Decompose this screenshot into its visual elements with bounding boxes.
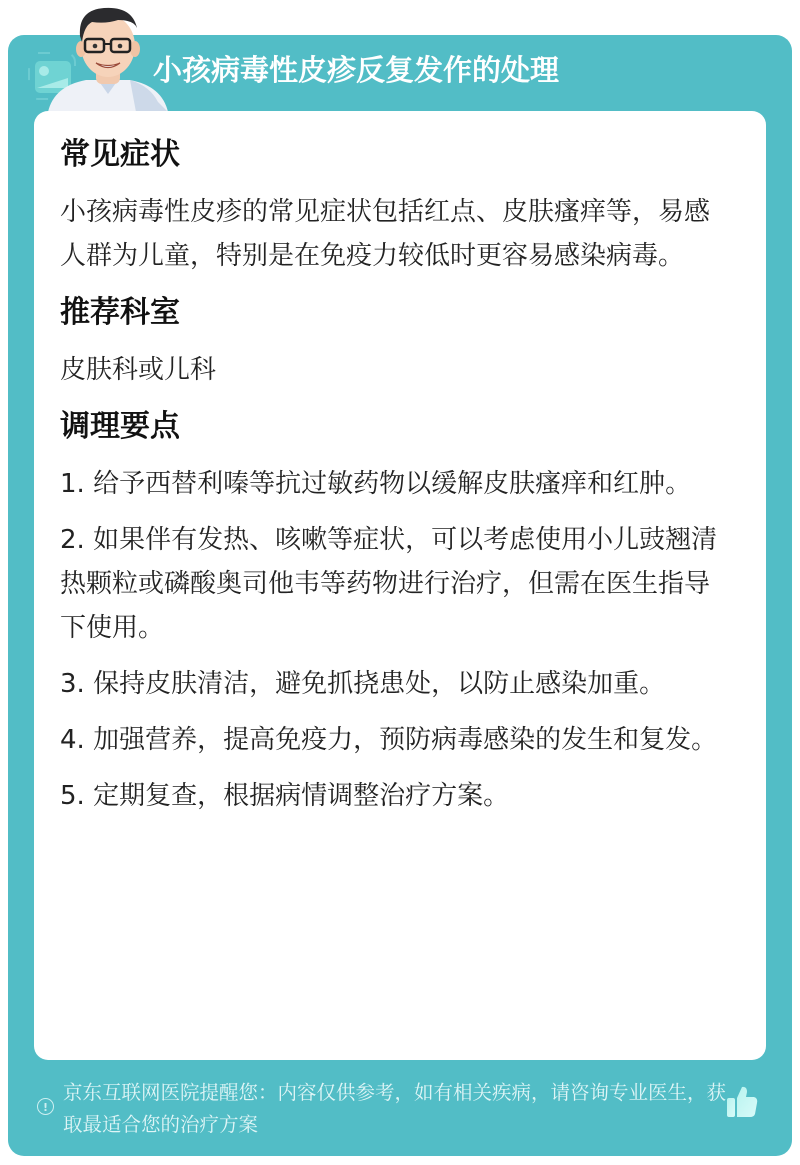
info-icon: ! xyxy=(37,1098,54,1115)
section-heading-department: 推荐科室 xyxy=(60,291,732,335)
page-title: 小孩病毒性皮疹反复发作的处理 xyxy=(153,50,559,90)
section-heading-symptoms: 常见症状 xyxy=(60,133,732,177)
care-point-item: 5. 定期复查，根据病情调整治疗方案。 xyxy=(60,774,732,818)
care-point-item: 2. 如果伴有发热、咳嗽等症状，可以考虑使用小儿豉翘清热颗粒或磷酸奥司他韦等药物… xyxy=(60,518,732,650)
content-card: 常见症状 小孩病毒性皮疹的常见症状包括红点、皮肤瘙痒等，易感人群为儿童，特别是在… xyxy=(34,111,766,1060)
care-point-item: 1. 给予西替利嗪等抗过敏药物以缓解皮肤瘙痒和红肿。 xyxy=(60,462,732,506)
section-heading-care-points: 调理要点 xyxy=(60,405,732,449)
disclaimer-text: 京东互联网医院提醒您：内容仅供参考，如有相关疾病，请咨询专业医生，获取最适合您的… xyxy=(63,1077,733,1141)
thumbs-up-icon[interactable] xyxy=(726,1085,758,1119)
section-text-department: 皮肤科或儿科 xyxy=(60,348,732,392)
section-text-symptoms: 小孩病毒性皮疹的常见症状包括红点、皮肤瘙痒等，易感人群为儿童，特别是在免疫力较低… xyxy=(60,190,732,278)
content-body: 常见症状 小孩病毒性皮疹的常见症状包括红点、皮肤瘙痒等，易感人群为儿童，特别是在… xyxy=(60,133,732,830)
care-point-item: 4. 加强营养，提高免疫力，预防病毒感染的发生和复发。 xyxy=(60,718,732,762)
care-point-item: 3. 保持皮肤清洁，避免抓挠患处，以防止感染加重。 xyxy=(60,662,732,706)
